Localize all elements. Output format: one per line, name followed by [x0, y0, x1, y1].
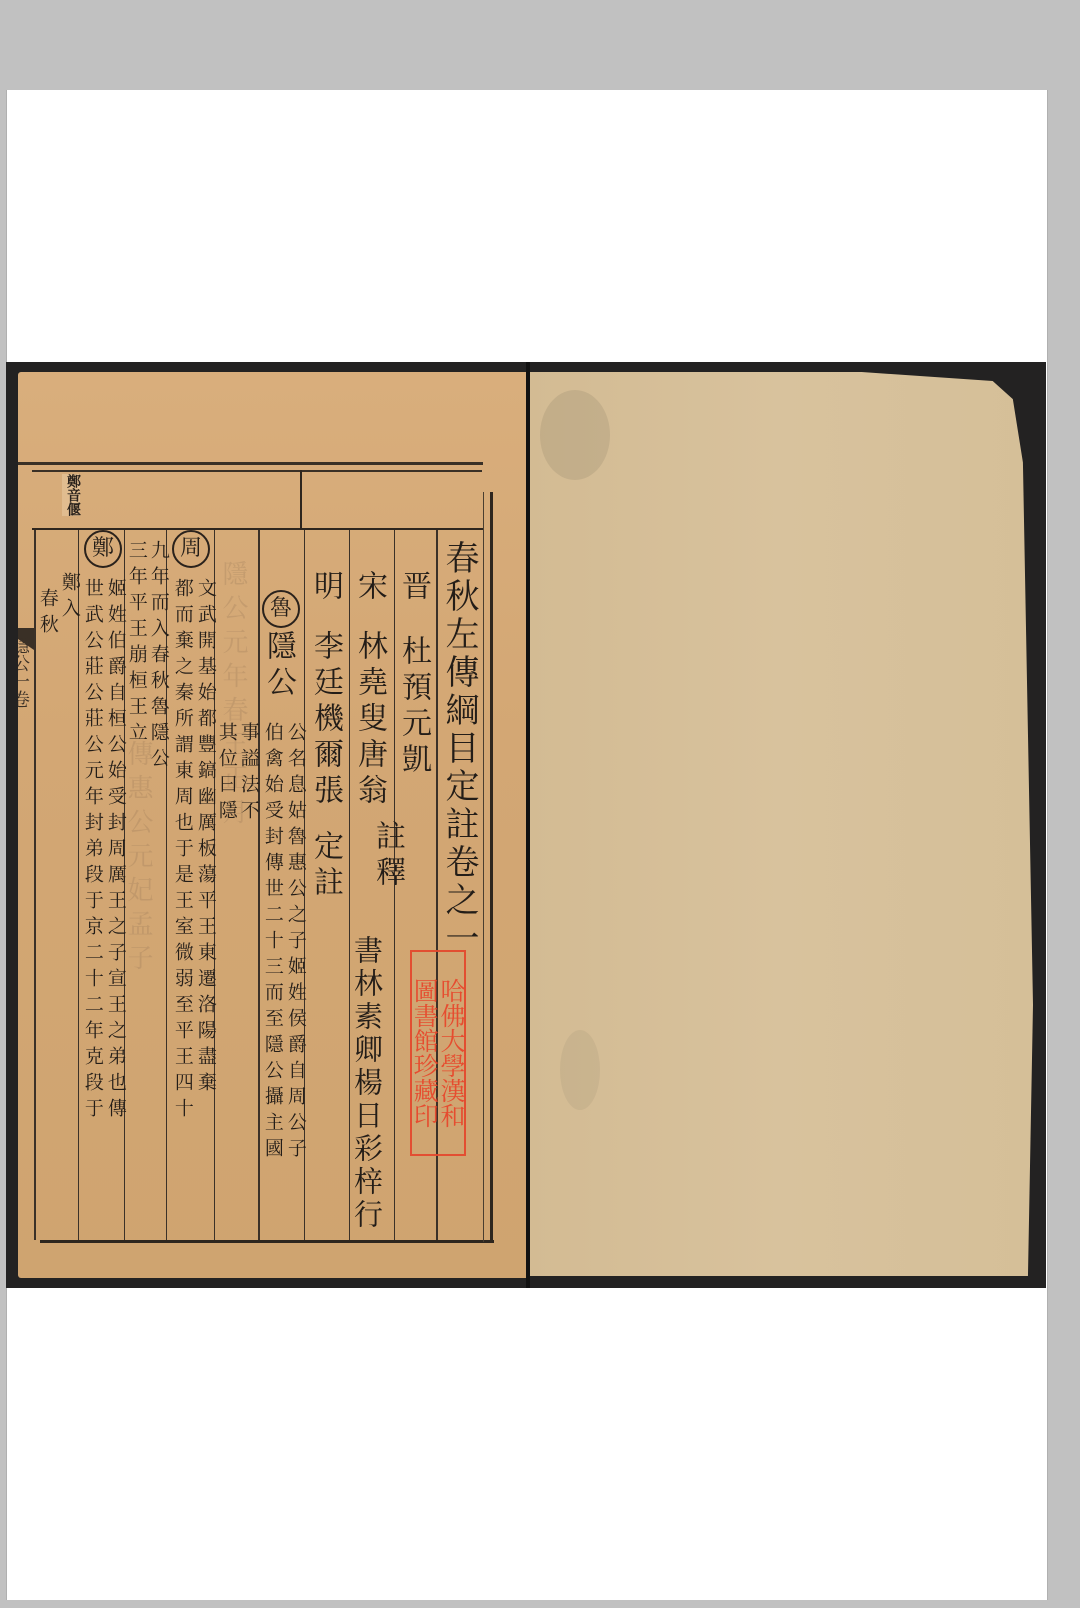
frame-top-rule [18, 462, 483, 465]
note-right: 公名息姑魯惠公之子姬姓侯爵自周公子 [284, 722, 306, 1164]
library-seal: 哈佛大學漢和 圖書館珍藏印 [410, 950, 466, 1156]
circled-state-label: 魯 [262, 590, 300, 628]
note-left: 都而棄之秦所謂東周也于是王室微弱至平王四十 [171, 578, 193, 1124]
note-left: 伯禽始受封傳世二十三而至隱公攝主國 [261, 722, 283, 1164]
seal-text-left: 圖書館珍藏印 [411, 952, 438, 1154]
banxin-label: 鄭音偃 [62, 474, 80, 516]
frame-right-rule [490, 492, 493, 1242]
publisher-line: 書林素卿楊日彩梓行 [352, 935, 381, 1232]
note-continuation-right: 九年而入春秋魯隱公 [147, 540, 169, 774]
frame-top-rule-inner [32, 470, 482, 472]
section-heading: 隱公 [263, 630, 293, 702]
note-continuation-right: 事謚法不 [237, 722, 259, 826]
note-continuation-left: 春秋 [36, 588, 58, 640]
seal-text-right: 哈佛大學漢和 [437, 952, 464, 1154]
circled-state-label: 周 [172, 530, 210, 568]
frame-right-rule-inner [483, 492, 484, 1242]
book-spine [526, 362, 530, 1288]
dynasty: 宋 [354, 570, 384, 606]
circled-state-label: 鄭 [84, 530, 122, 568]
dynasty: 明 [310, 570, 340, 606]
note-right: 文武開基始都豐鎬幽厲板蕩平王東遷洛陽盡棄 [194, 578, 216, 1098]
column-rule [78, 530, 79, 1240]
frame-bottom-rule [40, 1240, 494, 1243]
author-role: 定註 [310, 830, 340, 902]
frame-upper-divider [300, 470, 302, 528]
paper-stain [540, 390, 610, 480]
author-name: 李廷機爾張 [310, 630, 340, 810]
right-page-blank [529, 372, 1033, 1276]
fold-volume-text: 隱公一卷 [18, 636, 32, 866]
author-role: 註釋 [372, 820, 402, 892]
note-right: 姬姓伯爵自桓公始受封周厲王之子宣王之弟也傳 [104, 578, 126, 1124]
author-name: 杜預元凱 [398, 635, 428, 779]
author-name: 林堯叟唐翁 [354, 630, 384, 810]
column-rule [258, 530, 260, 1240]
dynasty: 晋 [398, 570, 428, 606]
note-left: 世武公莊公莊公元年封弟段于京二十二年克段于 [81, 578, 103, 1124]
note-continuation-right: 鄭入 [58, 572, 80, 624]
paper-stain [560, 1030, 600, 1110]
note-continuation-left: 三年平王崩桓王立 [125, 540, 147, 748]
note-continuation-left: 其位曰隱 [215, 722, 237, 826]
book-title: 春秋左傳綱目定註卷之一 [442, 540, 476, 958]
